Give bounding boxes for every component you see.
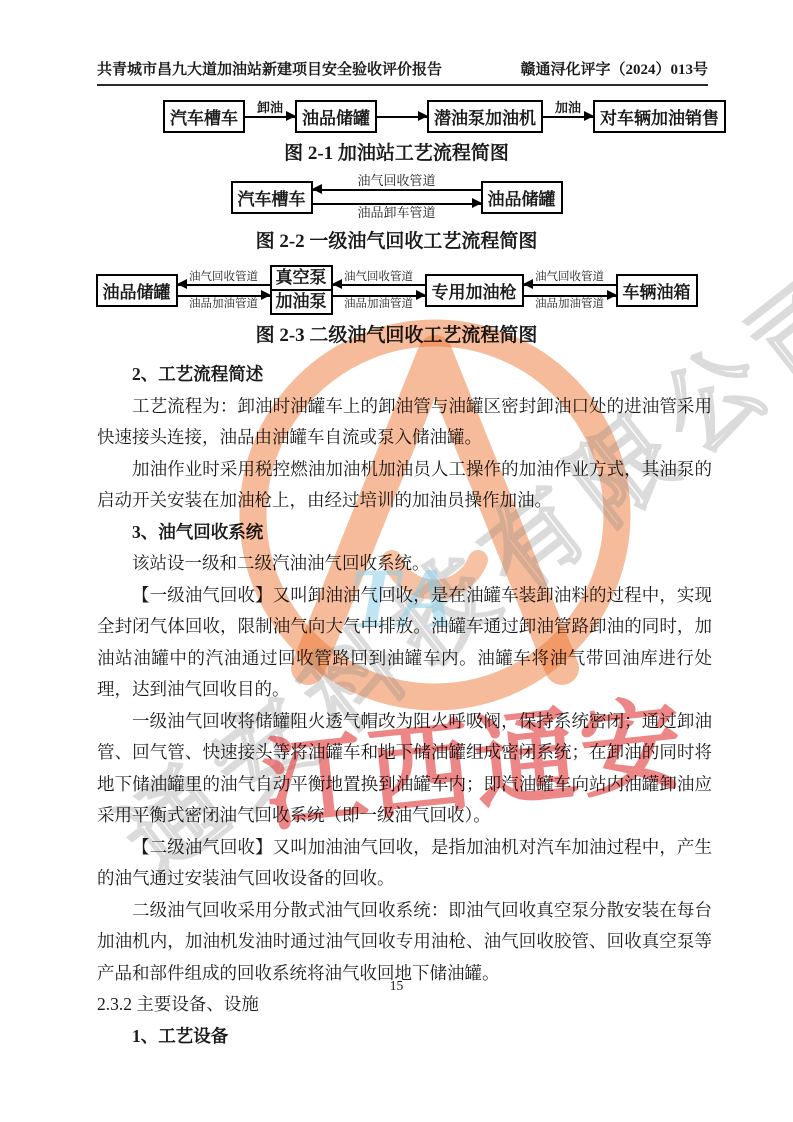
heading-vapor-recovery-system: 3、油气回收系统 bbox=[97, 517, 712, 549]
connector-bottom-label: 油品加油管道 bbox=[535, 297, 604, 311]
arrow-left-icon bbox=[333, 284, 425, 286]
arrow-right-icon bbox=[245, 116, 295, 118]
flow-box-dedicated-nozzle: 专用加油枪 bbox=[425, 274, 524, 307]
flow-double-connector: 油气回收管道 油品卸车管道 bbox=[313, 173, 481, 221]
heading-process-description: 2、工艺流程简述 bbox=[97, 359, 712, 391]
arrow-label-unload: 卸油 bbox=[257, 97, 283, 116]
figure-2-3-flow: 油品储罐 油气回收管道 油品加油管道 真空泵 加油泵 油气回收管道 油品加油管道… bbox=[0, 265, 793, 315]
flow-box-vehicle-sales: 对车辆加油销售 bbox=[593, 100, 726, 133]
connector-top-label: 油气回收管道 bbox=[535, 270, 604, 284]
flow-box-tanker-truck: 汽车槽车 bbox=[163, 100, 245, 133]
page-number: 15 bbox=[0, 978, 793, 994]
arrow-right-icon bbox=[178, 295, 270, 297]
figure-2-1-caption: 图 2-1 加油站工艺流程简图 bbox=[0, 138, 793, 165]
heading-process-equipment: 1、工艺设备 bbox=[97, 1021, 712, 1053]
paragraph-stage1-recovery-definition: 【一级油气回收】又叫卸油油气回收，是在油罐车装卸油料的过程中，实现全封闭气体回收… bbox=[97, 580, 712, 706]
header-doc-number: 赣通浔化评字（2024）013号 bbox=[520, 58, 708, 79]
paragraph-refueling-operation: 加油作业时采用税控燃油加油机加油员人工操作的加油作业方式，其油泵的启动开关安装在… bbox=[97, 454, 712, 517]
connector-bottom-label: 油品加油管道 bbox=[189, 297, 258, 311]
connector-bottom-label: 油品卸车管道 bbox=[357, 205, 435, 221]
paragraph-stage2-recovery-detail: 二级油气回收采用分散式油气回收系统：即油气回收真空泵分散安装在每台加油机内，加油… bbox=[97, 895, 712, 990]
page-header: 共青城市昌九大道加油站新建项目安全验收评价报告 赣通浔化评字（2024）013号 bbox=[97, 58, 708, 86]
flow-box-oil-storage-tank: 油品储罐 bbox=[96, 274, 178, 307]
document-page: 共青城市昌九大道加油站新建项目安全验收评价报告 赣通浔化评字（2024）013号… bbox=[0, 0, 793, 1122]
arrow-right-icon bbox=[524, 295, 616, 297]
flow-arrow-refuel: 加油 bbox=[543, 116, 593, 118]
arrow-left-icon bbox=[524, 284, 616, 286]
paragraph-process-flow: 工艺流程为：卸油时油罐车上的卸油管与油罐区密封卸油口处的进油管采用快速接头连接，… bbox=[97, 391, 712, 454]
figure-2-2-caption: 图 2-2 一级油气回收工艺流程简图 bbox=[0, 226, 793, 253]
arrow-right-icon bbox=[377, 116, 427, 118]
figure-2-2-flow: 汽车槽车 油气回收管道 油品卸车管道 油品储罐 bbox=[0, 173, 793, 221]
flow-box-tanker-truck: 汽车槽车 bbox=[231, 181, 313, 214]
flow-arrow-plain bbox=[377, 116, 427, 118]
connector-top-label: 油气回收管道 bbox=[344, 270, 413, 284]
vacuum-pump-cell: 真空泵 bbox=[272, 267, 331, 291]
paragraph-stage1-recovery-detail: 一级油气回收将储罐阻火透气帽改为阻火呼吸阀，保持系统密闭；通过卸油管、回气管、快… bbox=[97, 706, 712, 832]
flow-arrow-unload: 卸油 bbox=[245, 116, 295, 118]
arrow-left-icon bbox=[313, 189, 481, 191]
figure-2-1-flow: 汽车槽车 卸油 油品储罐 潜油泵加油机 加油 对车辆加油销售 bbox=[96, 100, 793, 133]
arrow-right-icon bbox=[313, 203, 481, 205]
flow-box-submersible-pump-dispenser: 潜油泵加油机 bbox=[427, 100, 543, 133]
paragraph-stage2-recovery-definition: 【二级油气回收】又叫加油油气回收，是指加油机对汽车加油过程中，产生的油气通过安装… bbox=[97, 832, 712, 895]
connector-top-label: 油气回收管道 bbox=[357, 173, 435, 189]
arrow-right-icon bbox=[333, 295, 425, 297]
fuel-pump-cell: 加油泵 bbox=[272, 291, 331, 313]
flow-box-vacuum-and-fuel-pump: 真空泵 加油泵 bbox=[270, 265, 333, 315]
figure-2-3-caption: 图 2-3 二级油气回收工艺流程简图 bbox=[0, 320, 793, 347]
flow-double-connector: 油气回收管道 油品加油管道 bbox=[524, 270, 616, 311]
flow-box-oil-storage-tank: 油品储罐 bbox=[481, 181, 563, 214]
flow-box-oil-storage-tank: 油品储罐 bbox=[295, 100, 377, 133]
paragraph-station-recovery-levels: 该站设一级和二级汽油油气回收系统。 bbox=[97, 548, 712, 580]
connector-bottom-label: 油品加油管道 bbox=[344, 297, 413, 311]
connector-top-label: 油气回收管道 bbox=[189, 270, 258, 284]
flow-double-connector: 油气回收管道 油品加油管道 bbox=[178, 270, 270, 311]
arrow-label-refuel: 加油 bbox=[555, 97, 581, 116]
flow-double-connector: 油气回收管道 油品加油管道 bbox=[333, 270, 425, 311]
flow-box-vehicle-fuel-tank: 车辆油箱 bbox=[616, 274, 698, 307]
arrow-left-icon bbox=[178, 284, 270, 286]
arrow-right-icon bbox=[543, 116, 593, 118]
header-report-title: 共青城市昌九大道加油站新建项目安全验收评价报告 bbox=[97, 58, 442, 79]
body-text: 2、工艺流程简述 工艺流程为：卸油时油罐车上的卸油管与油罐区密封卸油口处的进油管… bbox=[97, 359, 712, 1052]
